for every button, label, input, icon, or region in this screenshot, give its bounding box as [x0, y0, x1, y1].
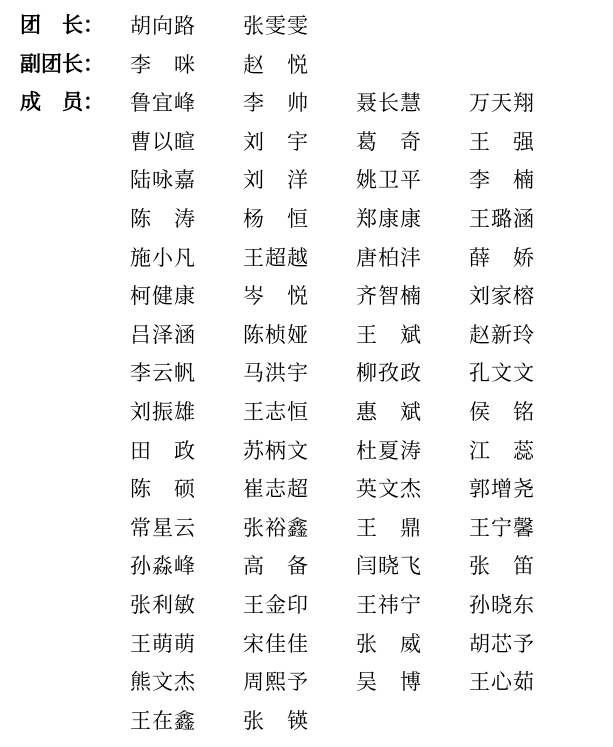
member-name: 王 强 [469, 123, 582, 162]
role-label: 团 长： [20, 7, 130, 46]
member-name: 陆咏嘉 [130, 161, 243, 200]
member-name: 惠 斌 [356, 393, 469, 432]
member-name: 闫晓飞 [356, 547, 469, 586]
member-name: 王宁馨 [469, 509, 582, 548]
member-name: 孙晓东 [469, 586, 582, 625]
member-name: 聂长慧 [356, 84, 469, 123]
member-name: 赵 悦 [243, 46, 356, 85]
member-name: 杨 恒 [243, 200, 356, 239]
roster-section: 副团长：李 咪赵 悦 [20, 46, 613, 85]
member-name: 姚卫平 [356, 161, 469, 200]
member-name: 王璐涵 [469, 200, 582, 239]
member-name: 岑 悦 [243, 277, 356, 316]
roster-section: 成 员：鲁宜峰李 帅聂长慧万天翔曹以暄刘 宇葛 奇王 强陆咏嘉刘 洋姚卫平李 楠… [20, 84, 613, 740]
member-name: 王 鼎 [356, 509, 469, 548]
member-name: 常星云 [130, 509, 243, 548]
names-grid: 胡向路张雯雯 [130, 7, 600, 46]
member-name: 侯 铭 [469, 393, 582, 432]
member-name: 齐智楠 [356, 277, 469, 316]
member-name: 鲁宜峰 [130, 84, 243, 123]
member-name: 张 威 [356, 625, 469, 664]
member-name: 高 备 [243, 547, 356, 586]
member-name: 刘振雄 [130, 393, 243, 432]
member-name: 孔文文 [469, 354, 582, 393]
member-name: 马洪宇 [243, 354, 356, 393]
member-name: 王超越 [243, 239, 356, 278]
member-name: 张利敏 [130, 586, 243, 625]
member-name: 李 帅 [243, 84, 356, 123]
member-name: 唐柏沣 [356, 239, 469, 278]
member-name: 吕泽涵 [130, 316, 243, 355]
member-name: 李 咪 [130, 46, 243, 85]
member-name: 张雯雯 [243, 7, 356, 46]
member-name: 李 楠 [469, 161, 582, 200]
member-name: 陈桢娅 [243, 316, 356, 355]
member-name: 田 政 [130, 432, 243, 471]
member-name: 柯健康 [130, 277, 243, 316]
member-name: 王萌萌 [130, 625, 243, 664]
member-name: 刘 洋 [243, 161, 356, 200]
member-name: 熊文杰 [130, 663, 243, 702]
member-name: 王金印 [243, 586, 356, 625]
member-name: 王志恒 [243, 393, 356, 432]
member-name: 赵新玲 [469, 316, 582, 355]
member-name: 江 蕊 [469, 432, 582, 471]
member-name: 陈 涛 [130, 200, 243, 239]
member-name: 薛 娇 [469, 239, 582, 278]
member-name: 杜夏涛 [356, 432, 469, 471]
member-name: 曹以暄 [130, 123, 243, 162]
role-label: 成 员： [20, 84, 130, 123]
member-name: 张 锳 [243, 702, 356, 741]
member-name: 周熙予 [243, 663, 356, 702]
member-name: 胡向路 [130, 7, 243, 46]
names-grid: 李 咪赵 悦 [130, 46, 600, 85]
member-name: 郑康康 [356, 200, 469, 239]
member-name: 吴 博 [356, 663, 469, 702]
member-name: 胡芯予 [469, 625, 582, 664]
member-name: 陈 硕 [130, 470, 243, 509]
member-name: 王 斌 [356, 316, 469, 355]
member-name: 刘家榕 [469, 277, 582, 316]
member-name: 刘 宇 [243, 123, 356, 162]
member-name: 施小凡 [130, 239, 243, 278]
member-name: 张 笛 [469, 547, 582, 586]
member-name: 李云帆 [130, 354, 243, 393]
member-name: 王心茹 [469, 663, 582, 702]
member-name: 葛 奇 [356, 123, 469, 162]
member-name: 王在鑫 [130, 702, 243, 741]
member-name: 宋佳佳 [243, 625, 356, 664]
member-name: 郭增尧 [469, 470, 582, 509]
member-name: 孙淼峰 [130, 547, 243, 586]
role-label: 副团长： [20, 46, 130, 85]
member-name: 张裕鑫 [243, 509, 356, 548]
member-name: 崔志超 [243, 470, 356, 509]
member-name: 英文杰 [356, 470, 469, 509]
member-name: 苏柄文 [243, 432, 356, 471]
names-grid: 鲁宜峰李 帅聂长慧万天翔曹以暄刘 宇葛 奇王 强陆咏嘉刘 洋姚卫平李 楠陈 涛杨… [130, 84, 600, 740]
member-name: 万天翔 [469, 84, 582, 123]
member-name: 王祎宁 [356, 586, 469, 625]
roster-document: 团 长：胡向路张雯雯副团长：李 咪赵 悦成 员：鲁宜峰李 帅聂长慧万天翔曹以暄刘… [0, 0, 613, 740]
roster-section: 团 长：胡向路张雯雯 [20, 7, 613, 46]
member-name: 柳孜政 [356, 354, 469, 393]
